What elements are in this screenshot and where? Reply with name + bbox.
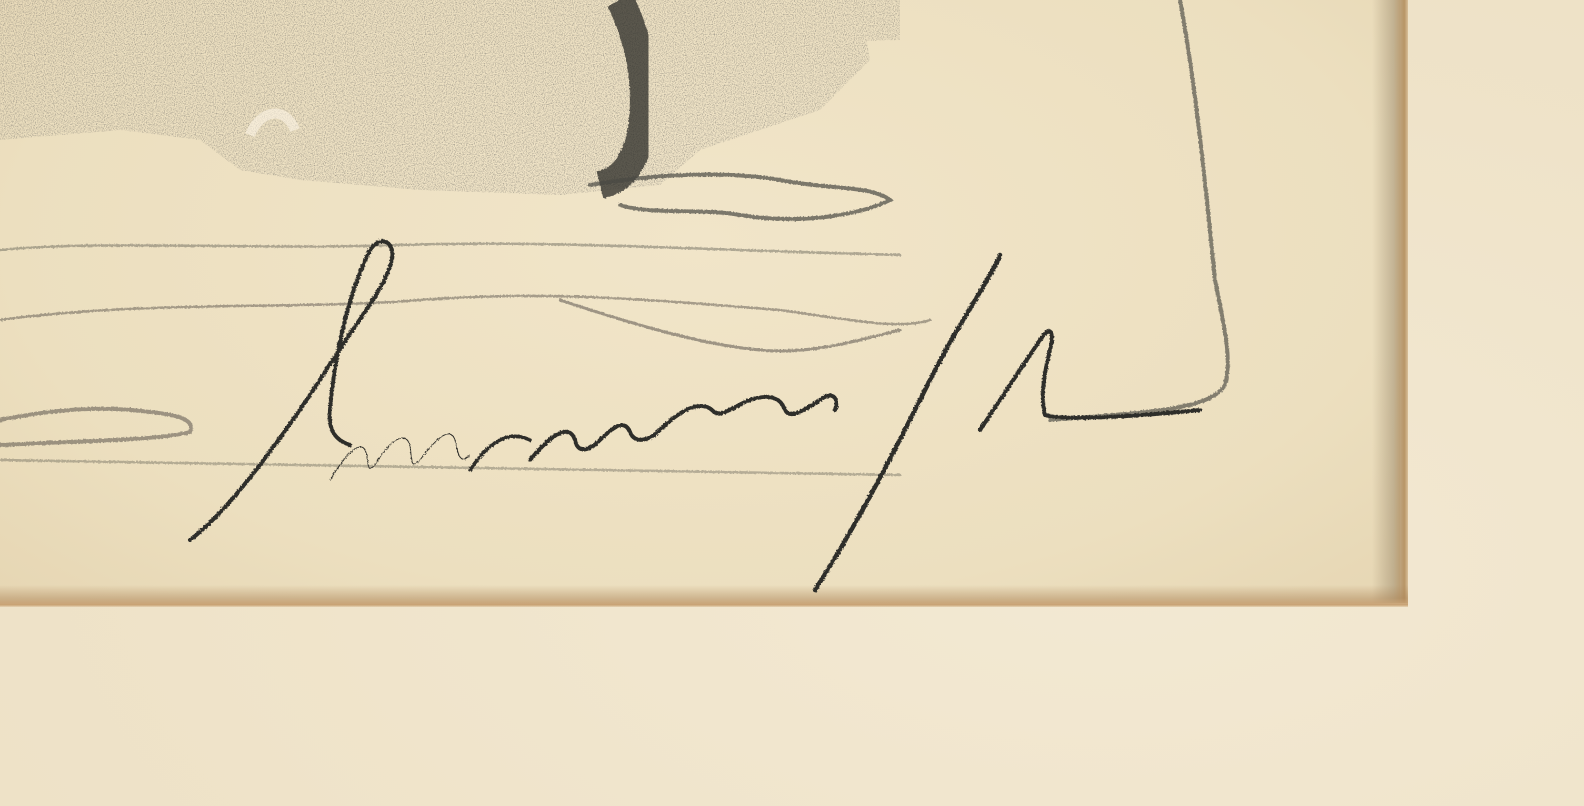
artist-signature	[190, 241, 1200, 590]
framed-drawing: Close-up of a framed pencil/lithographic…	[0, 0, 1584, 806]
shaded-area	[0, 0, 900, 195]
graphite-sketch	[0, 0, 1584, 806]
